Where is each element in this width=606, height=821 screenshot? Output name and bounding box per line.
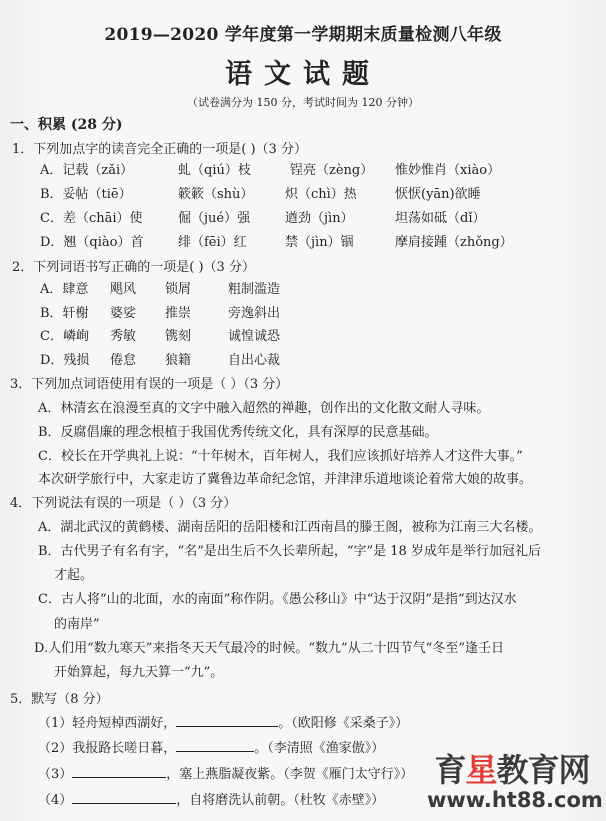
- question-4-stem: 4．下列说法有误的一项是（ ）（3 分）: [10, 492, 236, 511]
- option-cell: 簌簌（shù）: [178, 183, 253, 202]
- option-cell: 倔（jué）强: [178, 207, 250, 226]
- option-cell: 遒劲（jìn）: [285, 207, 354, 226]
- watermark-char: 教育网: [497, 751, 590, 789]
- exam-title: 2019—2020 学年度第一学期期末质量检测八年级: [0, 20, 606, 45]
- option-cell: 炽（chì）热: [285, 183, 357, 202]
- option-cell: 粗制滥造: [228, 278, 280, 297]
- option-cell: 婆娑: [110, 302, 136, 321]
- option-cell: B．轩榭: [40, 302, 89, 321]
- item-number: （4）: [38, 793, 72, 808]
- option-cell: B．妥帖（tiē）: [40, 183, 132, 202]
- dictation-item-4: （4），自将磨洗认前朝。（杜牧《赤壁》）: [38, 789, 384, 808]
- option-cell: D．残损: [40, 349, 89, 368]
- option-cell: 镌刻: [165, 325, 191, 344]
- item-number: （2）: [38, 741, 72, 756]
- answer-blank[interactable]: [176, 739, 254, 752]
- question-4-option-a: A．湖北武汉的黄鹤楼、湖南岳阳的岳阳楼和江西南昌的滕王阁，被称为江南三大名楼。: [38, 516, 541, 535]
- option-cell: 虬（qiú）枝: [178, 159, 251, 178]
- option-cell: 飓风: [110, 278, 136, 297]
- option-cell: 锃亮（zèng）: [290, 159, 373, 178]
- question-2-stem: 2．下列词语书写正确的一项是( )（3 分）: [12, 256, 255, 275]
- exam-note: （试卷满分为 150 分，考试时间为 120 分钟）: [0, 94, 606, 110]
- answer-blank[interactable]: [72, 791, 176, 804]
- question-3-option-d: 本次研学旅行中，大家走访了冀鲁边革命纪念馆，并津津乐道地谈论着常大娘的故事。: [38, 468, 532, 487]
- watermark-logo-text: 育星教育网: [427, 752, 597, 788]
- question-1-stem: 1．下列加点字的读音完全正确的一项是( )（3 分）: [12, 138, 307, 157]
- item-number: （1）: [38, 716, 72, 731]
- prompt-text: 轻舟短棹西湖好，: [72, 716, 176, 731]
- answer-blank[interactable]: [176, 714, 278, 727]
- option-cell: C．嶙峋: [40, 325, 89, 344]
- option-cell: A．记载（zǎi）: [40, 159, 133, 178]
- option-cell: A．肆意: [40, 278, 88, 297]
- option-cell: 推崇: [165, 302, 191, 321]
- exam-page: 2019—2020 学年度第一学期期末质量检测八年级 语文试题 （试卷满分为 1…: [0, 0, 606, 821]
- question-3-option-c: C．校长在开学典礼上说：“十年树木，百年树人，我们应该抓好培养人才这件大事。”: [38, 445, 523, 464]
- watermark: 育星教育网 www.ht88.com: [427, 752, 597, 812]
- question-4-option-d-cont: 开始算起，每九天算一“九”。: [54, 661, 223, 680]
- option-cell: C．差（chāi）使: [40, 207, 143, 226]
- question-4-option-b-cont: 才起。: [54, 564, 93, 583]
- subject-title: 语文试题: [0, 52, 606, 91]
- source-text: 。（李清照《渔家傲》）: [254, 741, 384, 756]
- option-cell: 锁屑: [165, 278, 191, 297]
- option-cell: 坦荡如砥（dǐ）: [395, 207, 485, 226]
- source-text: ，自将磨洗认前朝。（杜牧《赤壁》）: [176, 793, 384, 808]
- question-4-option-b: B．古代男子有名有字，“名”是出生后不久长辈所起，“字”是 18 岁成年是举行加…: [38, 540, 541, 559]
- option-cell: 惟妙惟肖（xiào）: [395, 159, 500, 178]
- option-cell: 旁逸斜出: [228, 302, 280, 321]
- dictation-item-1: （1）轻舟短棹西湖好，。（欧阳修《采桑子》）: [38, 712, 408, 731]
- option-cell: 摩肩接踵（zhǒng）: [395, 231, 513, 250]
- option-cell: D．翘（qiào）首: [40, 231, 143, 250]
- option-cell: 秀敏: [110, 325, 136, 344]
- question-3-option-b: B．反腐倡廉的理念根植于我国优秀传统文化，具有深厚的民意基础。: [38, 421, 438, 440]
- option-cell: 绯（fēi）红: [178, 231, 247, 250]
- dictation-item-3: （3），塞上燕脂凝夜紫。（李贺《雁门太守行》）: [38, 763, 413, 782]
- question-5-stem: 5．默写（8 分）: [10, 688, 109, 707]
- question-4-option-d: D.人们用“数九寒天”来指冬天天气最冷的时候。“数九”从二十四节气“冬至”逢壬日: [34, 637, 504, 656]
- question-3-stem: 3．下列加点词语使用有误的一项是（ ）（3 分）: [10, 373, 288, 392]
- watermark-url: www.ht88.com: [427, 788, 597, 812]
- watermark-accent-char: 星: [465, 751, 496, 789]
- dictation-item-2: （2）我报路长嗟日暮，。（李清照《渔家傲》）: [38, 737, 384, 756]
- answer-blank[interactable]: [72, 765, 166, 778]
- item-number: （3）: [38, 767, 72, 782]
- prompt-text: 我报路长嗟日暮，: [72, 741, 176, 756]
- option-cell: 自出心裁: [228, 349, 280, 368]
- section-heading: 一、积累 (28 分): [10, 114, 122, 134]
- question-4-option-c-cont: 的南岸”: [54, 613, 100, 632]
- question-4-option-c: C．古人将“山的北面，水的南面”称作阴。《愚公移山》中“达于汉阴”是指“到达汉水: [38, 588, 517, 607]
- watermark-char: 育: [434, 751, 465, 789]
- option-cell: 恹恹(yān)欲睡: [395, 183, 481, 202]
- option-cell: 诚惶诚恐: [228, 325, 280, 344]
- source-text: 。（欧阳修《采桑子》）: [278, 716, 408, 731]
- option-cell: 倦怠: [110, 349, 136, 368]
- question-3-option-a: A．林清玄在浪漫至真的文字中融入超然的禅趣，创作出的文化散文耐人寻味。: [38, 397, 489, 416]
- option-cell: 狼籍: [165, 349, 191, 368]
- option-cell: 禁（jìn）锢: [285, 231, 354, 250]
- source-text: ，塞上燕脂凝夜紫。（李贺《雁门太守行》）: [166, 767, 413, 782]
